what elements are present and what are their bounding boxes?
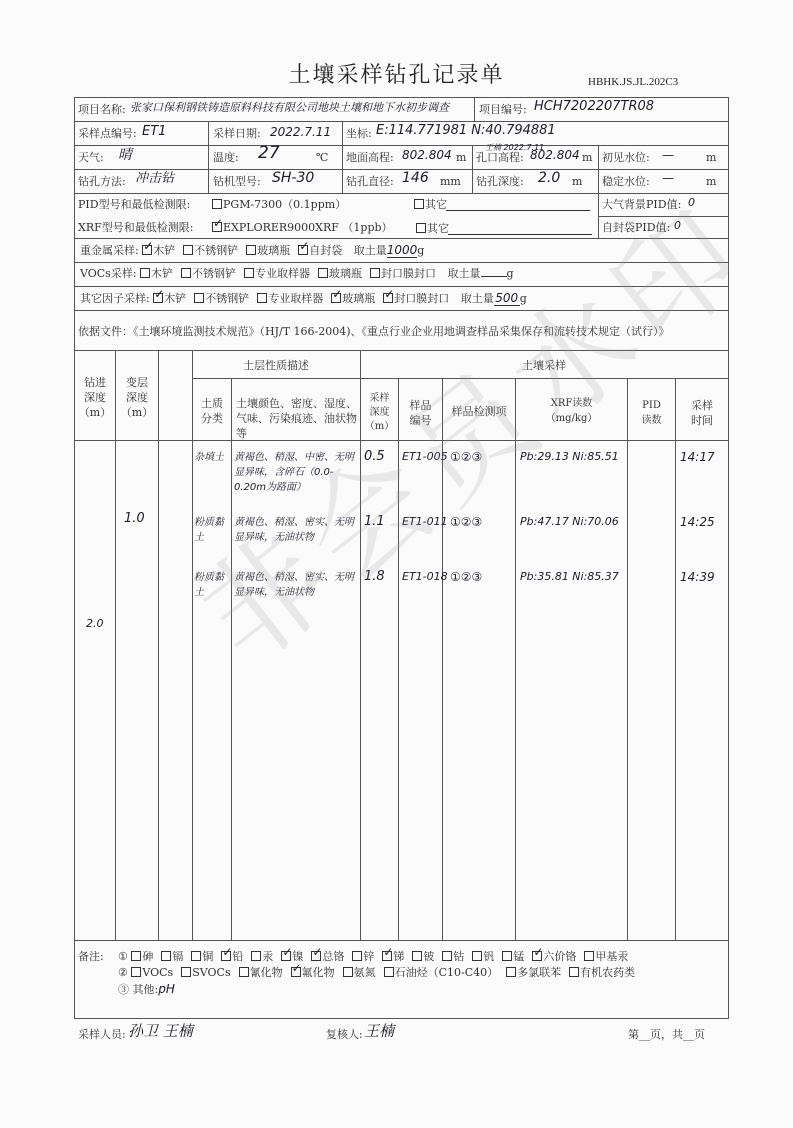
rig-field[interactable]: SH-30 [272,171,314,185]
vocs-row: VOCs采样: 木铲不锈钢铲专业取样器玻璃瓶封口膜封口 取土量g [80,267,514,281]
soil-type-cell[interactable]: 粉质黏土 [194,570,230,600]
sample-depth-cell[interactable]: 0.5 [364,450,396,464]
sample-no-cell[interactable]: ET1-011 [402,515,442,529]
other-factor-checkbox[interactable] [383,293,393,303]
vocs-option-2[interactable]: 专业取样器 [244,267,310,280]
stable-water-unit: m [706,175,716,189]
hole-elev-label: 孔口高程: [476,151,524,165]
remark-item-checkbox[interactable] [382,951,392,961]
header-xrf: XRF读数（mg/kg） [516,396,627,426]
other-factor-row: 其它因子采样: 木铲不锈钢铲专业取样器玻璃瓶封口膜封口 取土量500g [80,291,527,306]
remark-item-option-7[interactable]: 有机农药类 [569,966,635,979]
header-soil-type: 土质分类 [193,396,231,426]
xrf-other-checkbox[interactable] [416,223,426,233]
remark-item-checkbox[interactable] [131,967,141,977]
sample-no-cell[interactable]: ET1-005 [402,450,442,464]
other-factor-label: 其它因子采样: [80,292,150,305]
remark-item-option-label: 汞 [262,950,273,963]
ground-elev-label: 地面高程: [346,151,394,165]
remark-item-checkbox[interactable] [532,951,542,961]
xrf-reading-cell[interactable]: Pb:29.13 Ni:85.51 [520,450,626,464]
remark-item-option-label: 钴 [453,950,464,963]
remark-item-option-label: 锌 [363,950,374,963]
vocs-option-label: 专业取样器 [255,267,310,280]
remark-item-option-label: 六价铬 [543,950,576,963]
other-factor-checkbox[interactable] [194,293,204,303]
remark-item-option-7[interactable]: 锌 [352,950,374,963]
remarks-other-field[interactable]: pH [158,982,175,996]
remark-item-option-14[interactable]: 甲基汞 [584,950,628,963]
other-factor-option-label: 专业取样器 [268,292,323,305]
remark-item-option-label: 钒 [483,950,494,963]
point-no-field[interactable]: ET1 [142,125,166,139]
other-factor-option-1[interactable]: 不锈钢铲 [194,292,249,305]
vocs-label: VOCs采样: [80,267,137,280]
remark-item-option-3[interactable]: 铅 [221,950,243,963]
sample-depth-cell[interactable]: 1.1 [364,515,396,529]
heavy-metal-checkbox[interactable] [183,245,193,255]
soil-type-cell[interactable]: 粉质黏土 [194,515,230,545]
vocs-checkbox[interactable] [370,268,380,278]
other-factor-checkbox[interactable] [153,293,163,303]
soil-desc-cell[interactable]: 黄褐色、稍湿、密实、无明显异味，无油状物 [234,515,358,545]
sample-time-cell[interactable]: 14:39 [680,570,726,584]
remark-item-option-6[interactable]: 总铬 [311,950,344,963]
xrf-reading-cell[interactable]: Pb:47.17 Ni:70.06 [520,515,626,529]
drill-depth-value[interactable]: 2.0 [86,617,104,631]
basis-documents: 依据文件：《土壤环境监测技术规范》（HJ/T 166-2004)、《重点行业企业… [78,325,670,339]
depth-label: 钻孔深度: [476,175,524,189]
vocs-option-1[interactable]: 不锈钢铲 [181,267,236,280]
remark-item-checkbox[interactable] [343,967,353,977]
remark-item-option-8[interactable]: 锑 [382,950,404,963]
remark-item-option-label: 铜 [202,950,213,963]
coord-label: 坐标: [346,127,372,141]
sample-no-cell[interactable]: ET1-018 [402,570,442,584]
vocs-checkbox[interactable] [244,268,254,278]
header-soil-desc-group: 土层性质描述 [192,358,360,373]
remark-item-option-label: 锰 [513,950,524,963]
stable-water-label: 稳定水位: [602,175,650,189]
diameter-field[interactable]: 146 [402,171,429,185]
sample-time-cell[interactable]: 14:17 [680,450,726,464]
remark-item-checkbox[interactable] [221,951,231,961]
remark-item-option-label: SVOCs [192,966,230,979]
remark-item-checkbox[interactable] [281,951,291,961]
vocs-option-label: 封口膜封口 [381,267,436,280]
stable-water-field[interactable]: — [662,171,674,185]
other-factor-option-label: 木铲 [164,292,186,305]
remark-item-checkbox[interactable] [412,951,422,961]
ground-elev-unit: m [456,151,466,165]
point-no-label: 采样点编号: [78,127,137,141]
test-items-cell[interactable]: ①②③ [450,570,514,584]
xrf-bag-label: 自封袋PID值: [602,221,670,235]
heavy-metal-option-label: 不锈钢铲 [194,244,238,257]
heavy-metal-option-label: 自封袋 [309,244,342,257]
remark-item-option-label: 石油烃（C10-C40） [395,966,499,979]
header-time: 采样时间 [676,398,728,428]
remark-item-checkbox[interactable] [181,967,191,977]
vocs-checkbox[interactable] [140,268,150,278]
first-water-unit: m [706,151,716,165]
sampler-label: 采样人员: [78,1028,126,1042]
heavy-metal-checkbox[interactable] [298,245,308,255]
heavy-metal-option-label: 木铲 [153,244,175,257]
vocs-option-3[interactable]: 玻璃瓶 [318,267,362,280]
remarks-line-1: ① 砷镉铜铅汞镍总铬锌锑铍钴钒锰六价铬甲基汞 [118,950,636,964]
vocs-option-4[interactable]: 封口膜封口 [370,267,436,280]
remark-item-checkbox[interactable] [161,951,171,961]
heavy-metal-option-0[interactable]: 木铲 [142,244,175,257]
pid-option-other[interactable]: 其它 [414,198,447,212]
remarks-line-3: ③ 其他:pH [118,982,175,997]
pid-bg-field[interactable]: 0 [688,196,695,210]
remark-item-checkbox[interactable] [352,951,362,961]
remark-item-option-5[interactable]: 石油烃（C10-C40） [384,966,499,979]
hole-elev-field[interactable]: 802.804 [530,148,580,162]
layer-depth-value[interactable]: 1.0 [124,512,145,526]
other-factor-checkbox[interactable] [331,293,341,303]
remark-item-checkbox[interactable] [472,951,482,961]
remark-item-option-label: 铅 [232,950,243,963]
vocs-checkbox[interactable] [181,268,191,278]
soil-desc-cell[interactable]: 黄褐色、稍湿、密实、无明显异味，无油状物 [234,570,358,600]
pid-option-pgm[interactable]: PGM-7300（0.1ppm） [212,198,346,212]
vocs-option-label: 玻璃瓶 [329,267,362,280]
header-pid: PID读数 [628,398,675,428]
remark-item-option-10[interactable]: 钴 [442,950,464,963]
other-factor-option-label: 不锈钢铲 [205,292,249,305]
remark-item-checkbox[interactable] [506,967,516,977]
reviewer-signature[interactable]: 王楠 [364,1024,394,1038]
project-name-field[interactable]: 张家口保利钢铁铸造原料科技有限公司地块土壤和地下水初步调查 [130,101,470,115]
vocs-option-label: 不锈钢铲 [192,267,236,280]
xrf-bag-field[interactable]: 0 [674,219,681,233]
heavy-metal-option-1[interactable]: 不锈钢铲 [183,244,238,257]
pid-pgm-checkbox[interactable] [212,199,222,209]
remark-item-option-3[interactable]: 氟化物 [291,966,335,979]
remark-item-checkbox[interactable] [291,967,301,977]
remark-item-option-1[interactable]: SVOCs [181,966,230,979]
remark-item-option-label: VOCs [142,966,173,979]
rig-label: 钻机型号: [213,175,261,189]
heavy-metal-row: 重金属采样: 木铲不锈钢铲玻璃瓶自封袋 取土量1000g [80,243,424,258]
date-label: 采样日期: [213,127,261,141]
project-no-field[interactable]: HCH7202207TR08 [534,100,654,114]
header-soil-desc: 土壤颜色、密度、湿度、气味、污染痕迹、油状物等 [236,396,358,441]
remark-item-option-11[interactable]: 钒 [472,950,494,963]
pid-other-checkbox[interactable] [414,199,424,209]
diameter-unit: mm [440,175,461,189]
pid-label: PID型号和最低检测限: [78,198,190,212]
remarks-line-2: ② VOCsSVOCs氰化物氟化物氨氮石油烃（C10-C40）多氯联苯有机农药类 [118,966,643,980]
remark-item-option-label: 氨氮 [354,966,376,979]
remark-item-option-6[interactable]: 多氯联苯 [506,966,561,979]
remark-item-option-label: 有机农药类 [580,966,635,979]
remark-item-option-label: 砷 [142,950,153,963]
sample-depth-cell[interactable]: 1.8 [364,570,396,584]
other-factor-option-label: 封口膜封口 [394,292,449,305]
page-indicator: 第__页，共__页 [628,1028,705,1042]
heavy-metal-label: 重金属采样: [80,244,139,257]
remark-item-option-label: 铍 [423,950,434,963]
method-label: 钻孔方法: [78,175,126,189]
remark-item-option-4[interactable]: 汞 [251,950,273,963]
other-factor-option-label: 玻璃瓶 [342,292,375,305]
soil-desc-cell[interactable]: 黄褐色、稍湿、中密、无明显异味，含碎石（0.0-0.20m为路面） [234,450,358,495]
remark-item-option-label: 总铬 [322,950,344,963]
remark-item-option-0[interactable]: VOCs [131,966,173,979]
xrf-explorer-checkbox[interactable] [212,222,222,232]
remark-item-checkbox[interactable] [569,967,579,977]
remark-item-checkbox[interactable] [191,951,201,961]
remark-item-option-label: 氰化物 [250,966,283,979]
remark-item-checkbox[interactable] [384,967,394,977]
project-no-label: 项目编号: [479,103,527,117]
header-sampling-group: 土壤采样 [360,358,728,373]
remark-item-checkbox[interactable] [502,951,512,961]
project-name-label: 项目名称: [78,103,126,117]
test-items-cell[interactable]: ①②③ [450,515,514,529]
heavy-metal-option-3[interactable]: 自封袋 [298,244,342,257]
header-drill-depth: 钻进深度（m） [75,375,115,420]
xrf-label: XRF型号和最低检测限: [78,221,193,235]
remark-item-option-label: 甲基汞 [595,950,628,963]
weather-field[interactable]: 晴 [118,148,132,162]
weather-label: 天气: [78,151,104,165]
header-sample-depth: 采样深度（m） [361,392,398,434]
remark-item-option-2[interactable]: 铜 [191,950,213,963]
first-water-label: 初见水位: [602,151,650,165]
vocs-amount-field[interactable] [481,276,507,277]
remark-item-option-12[interactable]: 锰 [502,950,524,963]
temp-field[interactable]: 27 [258,146,280,160]
date-field[interactable]: 2022.7.11 [270,125,331,139]
other-factor-option-2[interactable]: 专业取样器 [257,292,323,305]
other-factor-option-0[interactable]: 木铲 [153,292,186,305]
temp-unit: ℃ [316,151,328,165]
xrf-option-other[interactable]: 其它 [416,222,449,236]
remark-item-option-0[interactable]: 砷 [131,950,153,963]
other-amount-field[interactable]: 500 [494,291,520,306]
method-field[interactable]: 冲击钻 [135,172,174,186]
vocs-option-0[interactable]: 木铲 [140,267,173,280]
vocs-option-label: 木铲 [151,267,173,280]
remark-item-checkbox[interactable] [131,951,141,961]
remark-item-option-4[interactable]: 氨氮 [343,966,376,979]
xrf-reading-cell[interactable]: Pb:35.81 Ni:85.37 [520,570,626,584]
pid-bg-label: 大气背景PID值: [602,198,681,212]
heavy-metal-amount-field[interactable]: 1000 [387,243,418,258]
remark-item-option-2[interactable]: 氰化物 [239,966,283,979]
remark-item-option-label: 多氯联苯 [517,966,561,979]
sample-time-cell[interactable]: 14:25 [680,515,726,529]
header-sample-no: 样品编号 [399,398,442,428]
header-layer-depth: 变层深度（m） [116,375,158,420]
remark-item-option-label: 锑 [393,950,404,963]
remark-item-checkbox[interactable] [311,951,321,961]
diameter-label: 钻孔直径: [346,175,394,189]
remark-item-checkbox[interactable] [239,967,249,977]
hole-elev-unit: m [582,151,592,165]
remark-item-option-9[interactable]: 铍 [412,950,434,963]
remark-item-option-label: 镉 [172,950,183,963]
form-code: HBHK.JS.JL.202C3 [588,76,678,88]
depth-field[interactable]: 2.0 [538,171,560,185]
heavy-metal-checkbox[interactable] [142,245,152,255]
temp-label: 温度: [213,151,239,165]
heavy-metal-option-label: 玻璃瓶 [257,244,290,257]
remark-item-option-1[interactable]: 镉 [161,950,183,963]
soil-type-cell[interactable]: 杂填土 [194,450,230,465]
sampler-signature[interactable]: 孙卫 王楠 [128,1024,193,1038]
first-water-field[interactable]: — [662,148,674,162]
vocs-checkbox[interactable] [318,268,328,278]
xrf-option-explorer[interactable]: EXPLORER9000XRF （1ppb） [212,221,393,235]
other-factor-option-3[interactable]: 玻璃瓶 [331,292,375,305]
remark-item-option-13[interactable]: 六价铬 [532,950,576,963]
heavy-metal-checkbox[interactable] [246,245,256,255]
other-factor-option-4[interactable]: 封口膜封口 [383,292,449,305]
heavy-metal-option-2[interactable]: 玻璃瓶 [246,244,290,257]
other-factor-checkbox[interactable] [257,293,267,303]
coord-field[interactable]: E:114.771981 N:40.794881 [376,124,556,138]
test-items-cell[interactable]: ①②③ [450,450,514,464]
header-test-items: 样品检测项 [443,404,515,419]
reviewer-label: 复核人: [326,1028,363,1042]
ground-elev-field[interactable]: 802.804 [402,148,452,162]
remark-item-option-label: 氟化物 [302,966,335,979]
remarks-label: 备注: [78,950,104,964]
remark-item-checkbox[interactable] [584,951,594,961]
remark-item-checkbox[interactable] [442,951,452,961]
remark-item-checkbox[interactable] [251,951,261,961]
depth-unit: m [572,175,582,189]
